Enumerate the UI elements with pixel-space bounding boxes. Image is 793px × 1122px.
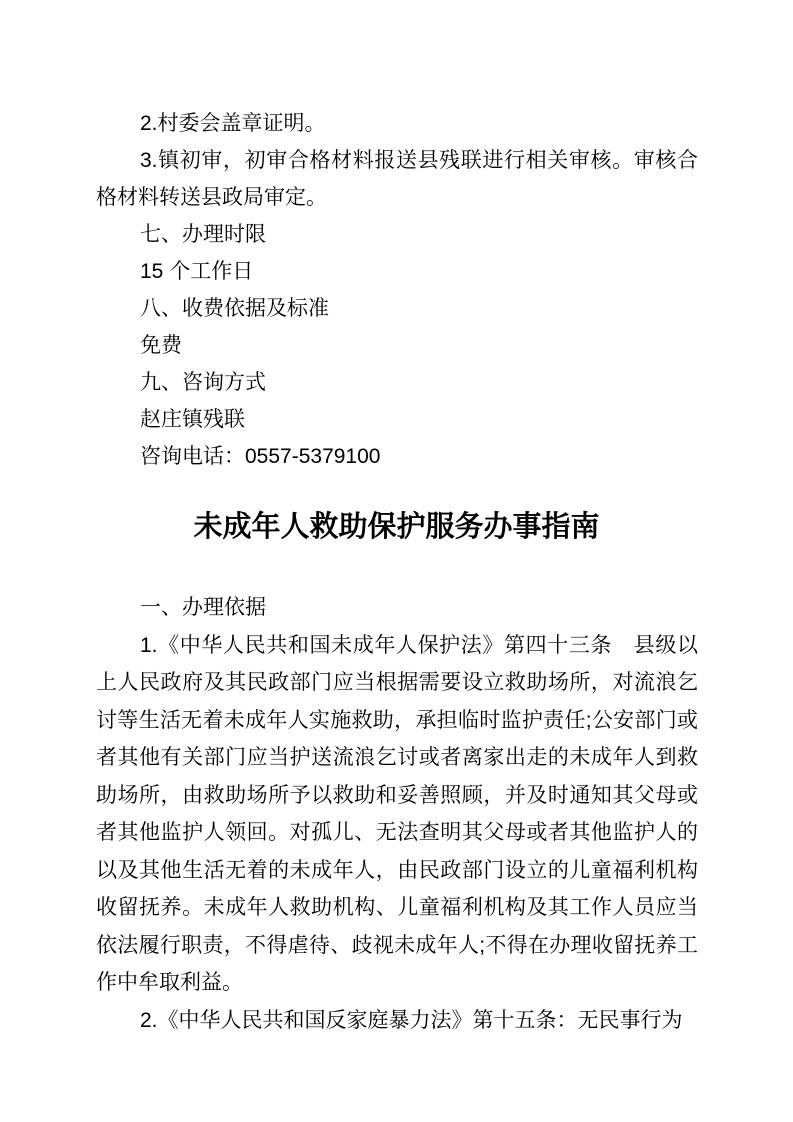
text-line: 者其他有关部门应当护送流浪乞讨或者离家出走的未成年人到救 <box>96 739 698 777</box>
text-line: 一、办理依据 <box>96 589 698 627</box>
text-line: 赵庄镇残联 <box>96 401 698 438</box>
text-line: 助场所，由救助场所予以救助和妥善照顾，并及时通知其父母或 <box>96 777 698 815</box>
text-line: 3.镇初审，初审合格材料报送县残联进行相关审核。审核合 <box>96 142 698 179</box>
text-line: 2.《中华人民共和国反家庭暴力法》第十五条：无民事行为 <box>96 1002 698 1040</box>
text-line: 作中牟取利益。 <box>96 964 698 1002</box>
text-line: 收留抚养。未成年人救助机构、儿童福利机构及其工作人员应当 <box>96 889 698 927</box>
text-line: 咨询电话：0557-5379100 <box>96 438 698 475</box>
text-line: 九、咨询方式 <box>96 364 698 401</box>
upper-text-block: 2.村委会盖章证明。3.镇初审，初审合格材料报送县残联进行相关审核。审核合格材料… <box>96 105 698 475</box>
text-line: 2.村委会盖章证明。 <box>96 105 698 142</box>
document-page: 2.村委会盖章证明。3.镇初审，初审合格材料报送县残联进行相关审核。审核合格材料… <box>0 0 793 1122</box>
text-line: 七、办理时限 <box>96 216 698 253</box>
text-line: 15 个工作日 <box>96 253 698 290</box>
text-line: 讨等生活无着未成年人实施救助，承担临时监护责任;公安部门或 <box>96 702 698 740</box>
text-line: 1.《中华人民共和国未成年人保护法》第四十三条 县级以 <box>96 627 698 665</box>
text-line: 者其他监护人领回。对孤儿、无法查明其父母或者其他监护人的 <box>96 814 698 852</box>
body-text-block: 一、办理依据1.《中华人民共和国未成年人保护法》第四十三条 县级以上人民政府及其… <box>96 589 698 1039</box>
document-title: 未成年人救助保护服务办事指南 <box>0 505 793 549</box>
text-line: 上人民政府及其民政部门应当根据需要设立救助场所，对流浪乞 <box>96 664 698 702</box>
text-line: 依法履行职责，不得虐待、歧视未成年人;不得在办理收留抚养工 <box>96 927 698 965</box>
text-line: 格材料转送县政局审定。 <box>96 179 698 216</box>
text-line: 八、收费依据及标准 <box>96 290 698 327</box>
text-line: 以及其他生活无着的未成年人，由民政部门设立的儿童福利机构 <box>96 852 698 890</box>
text-line: 免费 <box>96 327 698 364</box>
